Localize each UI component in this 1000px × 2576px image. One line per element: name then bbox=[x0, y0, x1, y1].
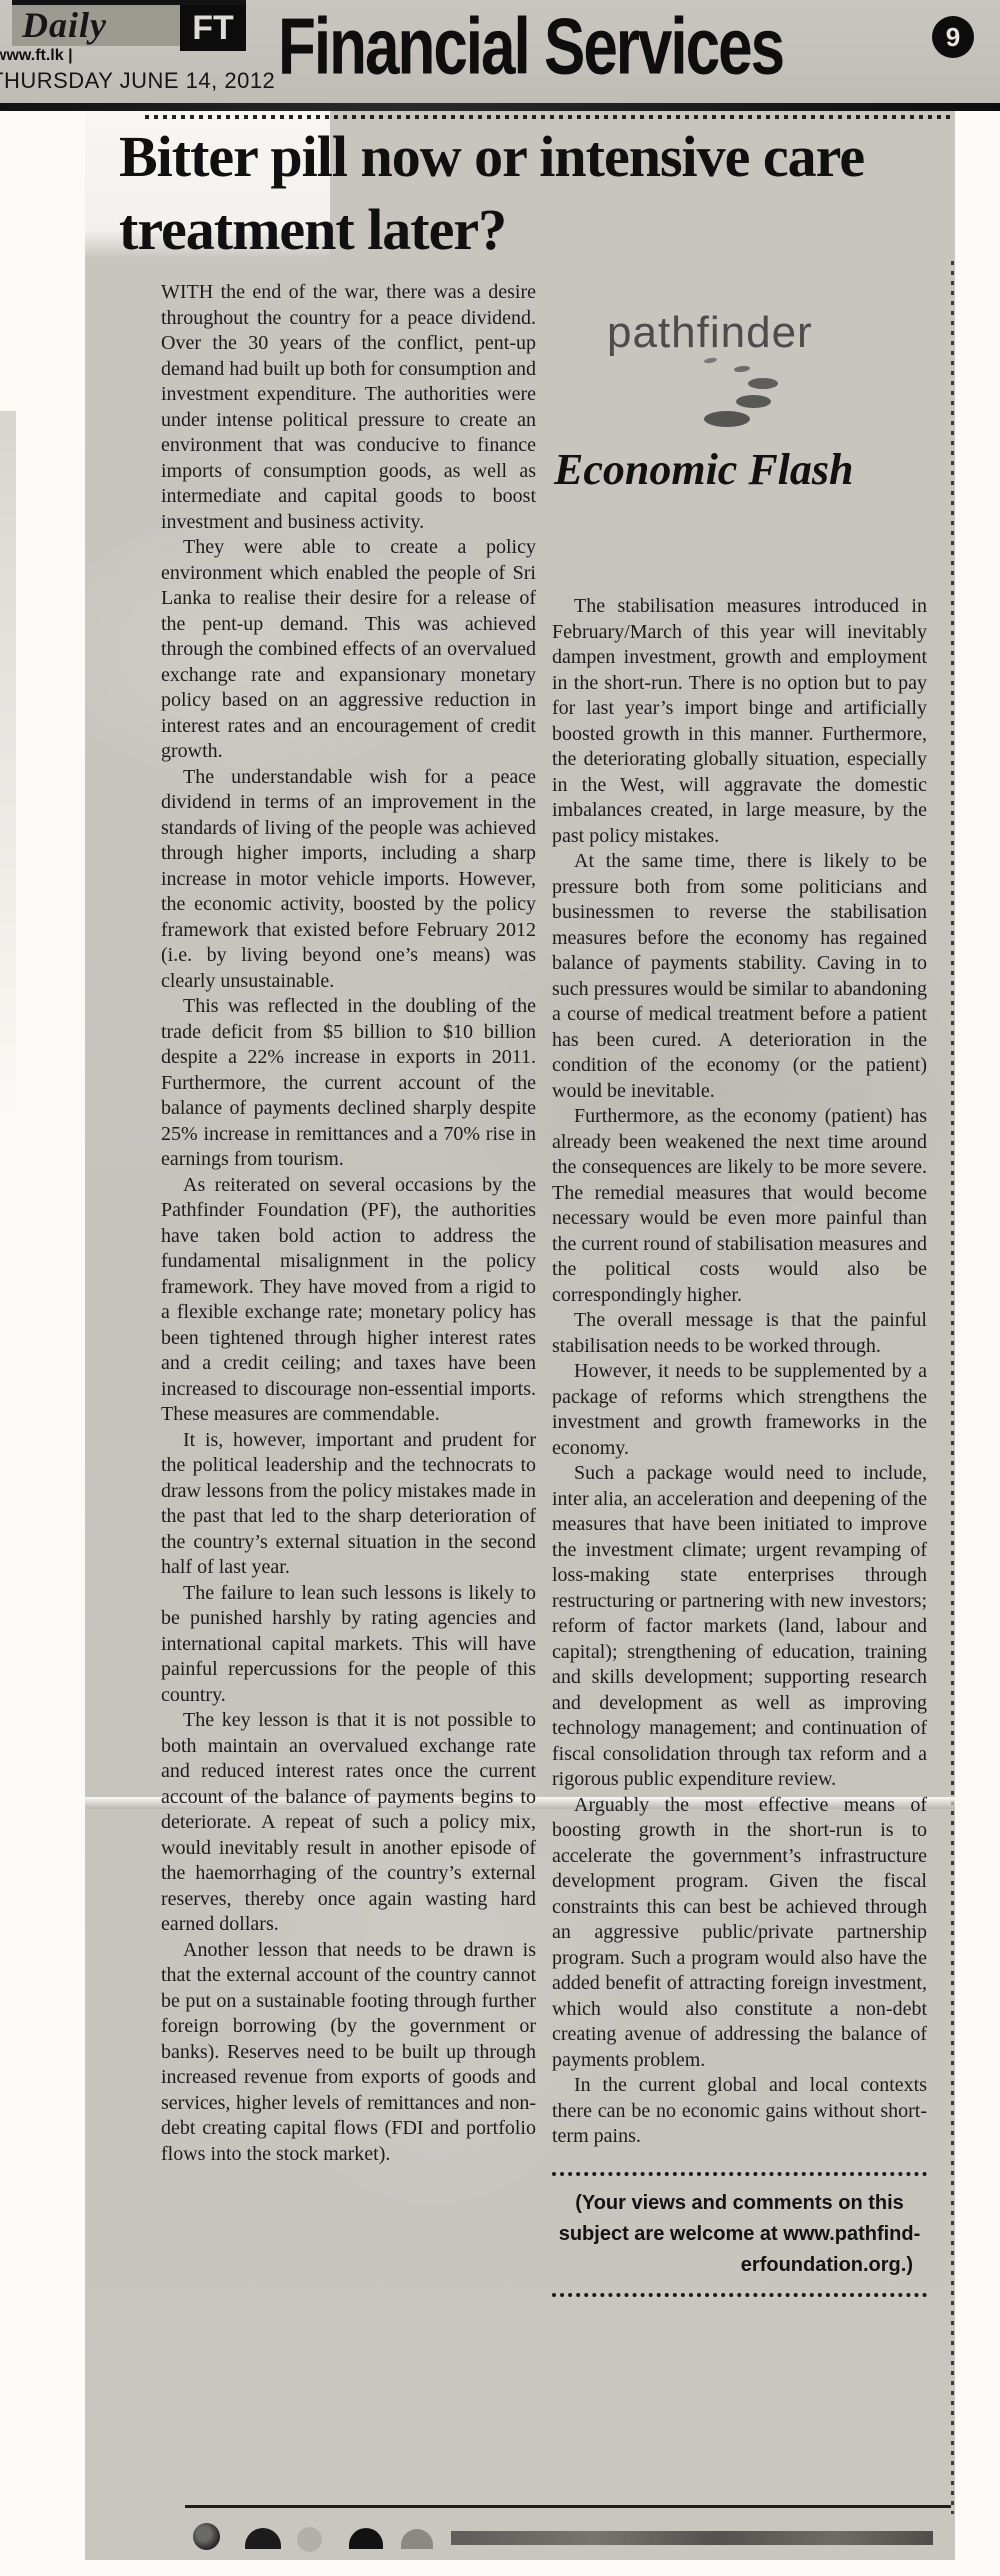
top-dotted-rule bbox=[145, 115, 950, 119]
article-paragraph: This was reflected in the doubling of th… bbox=[161, 994, 536, 1173]
issue-date: THURSDAY JUNE 14, 2012 bbox=[0, 68, 275, 94]
article-paragraph: The key lesson is that it is not possibl… bbox=[161, 1708, 536, 1938]
scan-streak bbox=[0, 411, 16, 1131]
brand-ft-text: FT bbox=[180, 5, 246, 51]
right-column: pathfinder Economic Flash The stabilisat… bbox=[552, 280, 927, 2297]
article-clipping: Bitter pill now or intensive care treatm… bbox=[85, 111, 955, 2560]
left-column: WITH the end of the war, there was a des… bbox=[161, 280, 536, 2297]
article-headline: Bitter pill now or intensive care treatm… bbox=[119, 121, 889, 266]
article-paragraph: At the same time, there is likely to be … bbox=[552, 849, 927, 1104]
registration-dot bbox=[401, 2529, 433, 2549]
registration-strip bbox=[451, 2531, 933, 2545]
brand-daily-text: Daily bbox=[12, 5, 180, 46]
article-paragraph: Furthermore, as the economy (patient) ha… bbox=[552, 1104, 927, 1308]
feedback-note-line: (Your views and comments on this bbox=[556, 2188, 923, 2219]
article-paragraph: The stabilisation measures introduced in… bbox=[552, 594, 927, 849]
economic-flash-title: Economic Flash bbox=[554, 444, 927, 495]
article-paragraph: They were able to create a policy enviro… bbox=[161, 535, 536, 765]
daily-ft-logo: Daily FT bbox=[12, 0, 246, 51]
article-paragraph: Such a package would need to include, in… bbox=[552, 1461, 927, 1793]
article-paragraph: However, it needs to be supplemented by … bbox=[552, 1359, 927, 1461]
registration-dot bbox=[245, 2528, 281, 2549]
article-paragraph: In the current global and local contexts… bbox=[552, 2073, 927, 2150]
registration-marks bbox=[193, 2523, 933, 2549]
right-dotted-rule bbox=[951, 261, 954, 2514]
masthead: Daily FT www.ft.lk | THURSDAY JUNE 14, 2… bbox=[0, 0, 1000, 103]
article-paragraph: Another lesson that needs to be drawn is… bbox=[161, 1938, 536, 2168]
pathfinder-logo-text: pathfinder bbox=[607, 308, 927, 358]
site-url: www.ft.lk | bbox=[0, 47, 73, 65]
feedback-note-line: erfoundation.org.) bbox=[556, 2250, 923, 2281]
page-number-badge: 9 bbox=[932, 16, 974, 58]
bottom-rule bbox=[185, 2505, 951, 2508]
article-paragraph: WITH the end of the war, there was a des… bbox=[161, 280, 536, 535]
masthead-divider-rule bbox=[0, 103, 1000, 111]
feedback-note-line: subject are welcome at www.pathfind- bbox=[556, 2219, 923, 2250]
registration-dot bbox=[349, 2528, 383, 2549]
section-title: Financial Services bbox=[278, 2, 783, 93]
article-paragraph: As reiterated on several occasions by th… bbox=[161, 1173, 536, 1428]
article-paragraph: The overall message is that the painful … bbox=[552, 1308, 927, 1359]
registration-dot bbox=[193, 2523, 220, 2550]
registration-dot bbox=[297, 2527, 322, 2552]
article-paragraph: The understandable wish for a peace divi… bbox=[161, 765, 536, 995]
article-paragraph: Arguably the most effective means of boo… bbox=[552, 1793, 927, 2074]
footsteps-icon bbox=[692, 358, 862, 430]
article-paragraph: The failure to lean such lessons is like… bbox=[161, 1581, 536, 1709]
article-paragraph: It is, however, important and prudent fo… bbox=[161, 1428, 536, 1581]
pathfinder-logo: pathfinder Economic Flash bbox=[552, 308, 927, 594]
feedback-note: (Your views and comments on this subject… bbox=[552, 2172, 927, 2297]
article-body: WITH the end of the war, there was a des… bbox=[161, 280, 927, 2297]
